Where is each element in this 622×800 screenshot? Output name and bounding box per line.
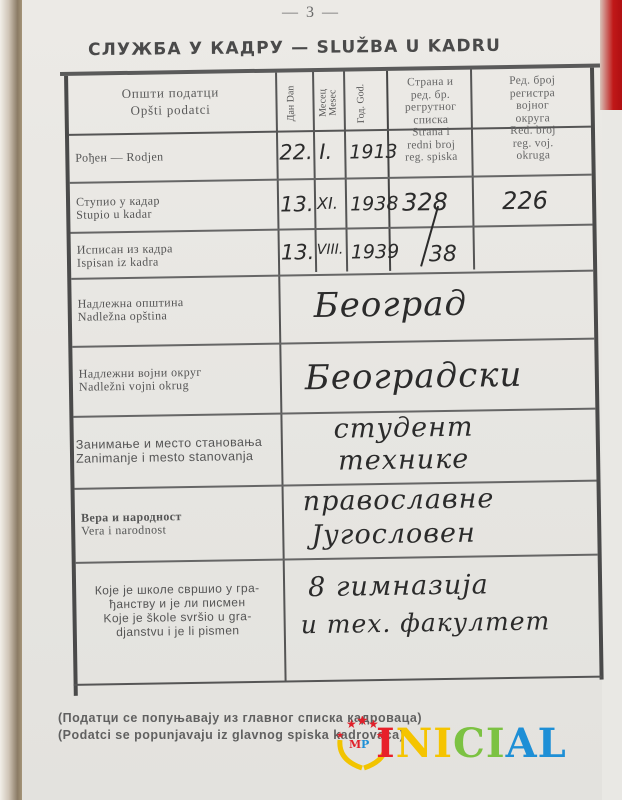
- header-page-line: reg. spiska: [391, 151, 471, 165]
- col-divider-month: [343, 72, 348, 272]
- discharged-year: 1939: [351, 241, 400, 264]
- education-value-line2: и тех. факултет: [300, 606, 550, 639]
- discharged-day: 13.: [281, 240, 315, 265]
- label-discharged-lat: Ispisan iz kadra: [77, 255, 173, 270]
- born-month: I.: [319, 140, 332, 164]
- header-register-number: Ред. број регистра војног округа Red. br…: [474, 74, 591, 163]
- wordmark-letter: I: [433, 720, 453, 767]
- label-district-lat: Nadležni vojni okrug: [79, 379, 202, 394]
- row-divider-7: [76, 554, 598, 564]
- label-occupation-residence: Занимање и место становања Zanimanje i m…: [76, 435, 263, 466]
- wordmark-letter: A: [506, 720, 538, 767]
- label-occupation-lat: Zanimanje i mesto stanovanja: [76, 449, 263, 466]
- header-month: Месец Mesec: [318, 78, 339, 128]
- occupation-value-line2: технике: [338, 444, 470, 477]
- discharged-page-number: 38: [429, 242, 457, 267]
- born-year: 1913: [349, 141, 398, 164]
- row-divider-3: [71, 270, 593, 280]
- label-education-literacy: Које је школе свршио у гра- ђанству и је…: [74, 581, 281, 640]
- header-year: Год. God.: [356, 81, 367, 125]
- label-discharged: Исписан из кадра Ispisan iz kadra: [77, 242, 173, 270]
- label-religion-lat: Vera i narodnost: [81, 523, 182, 538]
- label-religion-nationality: Вера и народност Vera i narodnost: [81, 510, 182, 538]
- discharged-month: VIII.: [317, 242, 344, 258]
- occupation-value-line1: студент: [333, 412, 473, 445]
- row-divider-2: [71, 224, 593, 234]
- wordmark-letter: L: [538, 720, 567, 767]
- label-entered: Ступио у кадар Stupio u kadar: [76, 194, 160, 221]
- svg-text:M: M: [349, 738, 361, 751]
- entered-day: 13.: [280, 192, 314, 217]
- header-general-lat: Opšti podatci: [70, 100, 270, 120]
- svg-text:★: ★: [336, 730, 344, 740]
- label-born: Рођен — Rodjen: [75, 150, 163, 164]
- header-general-data: Општи податци Opšti podatci: [70, 83, 271, 120]
- page-number: — 3 —: [0, 4, 622, 22]
- label-military-district: Надлежни војни округ Nadležni vojni okru…: [79, 366, 202, 394]
- born-day: 22.: [279, 140, 313, 165]
- wordmark-letter: N: [396, 720, 434, 767]
- header-reg-line: okruga: [475, 149, 591, 163]
- military-district-value: Београдски: [305, 355, 523, 398]
- wordmark-letter: I: [376, 720, 396, 767]
- header-page-number: Страна и ред. бр. регрутног списка Stran…: [390, 76, 471, 165]
- label-entered-lat: Stupio u kadar: [76, 207, 160, 221]
- municipality-value: Београд: [313, 284, 467, 326]
- inicial-watermark: ★ ★ ★ ★ ★ M P INICIAL: [332, 716, 612, 772]
- book-binding-edge: [0, 0, 22, 800]
- row-divider-4: [72, 338, 594, 348]
- religion-value: православне: [303, 483, 495, 517]
- entered-register-number: 226: [502, 186, 548, 215]
- label-municipality: Надлежна општина Nadležna opština: [78, 296, 184, 324]
- table-bottom-border: [74, 676, 602, 686]
- wordmark-letter: I: [486, 720, 506, 767]
- label-municipality-lat: Nadležna opština: [78, 309, 184, 324]
- svg-text:★: ★: [356, 716, 369, 729]
- wordmark-letter: C: [453, 720, 486, 767]
- entered-month: XI.: [317, 194, 338, 213]
- row-divider-1: [70, 174, 592, 184]
- entered-year: 1938: [350, 193, 399, 216]
- service-record-table: Општи податци Opšti podatci Дан Dan Месе…: [60, 64, 605, 692]
- header-day: Дан Dan: [286, 80, 297, 126]
- svg-text:P: P: [361, 738, 369, 751]
- education-value-line1: 8 гимназија: [308, 569, 489, 603]
- nationality-value: Југословен: [311, 518, 476, 552]
- inicial-wordmark: INICIAL: [376, 720, 567, 767]
